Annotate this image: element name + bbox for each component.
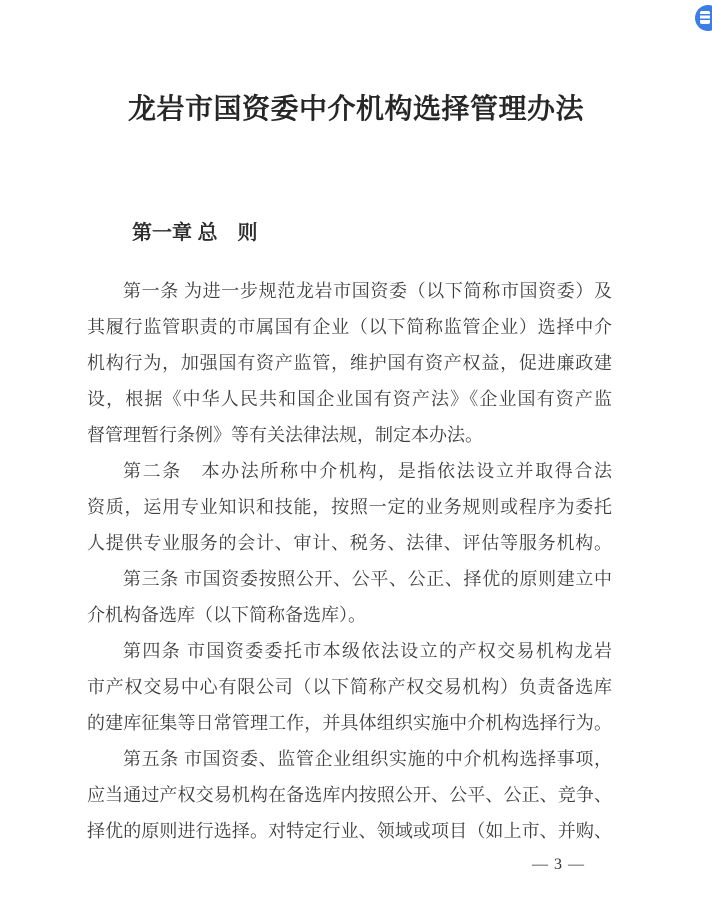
document-line: 设，根据《中华人民共和国企业国有资产法》《企业国有资产监 [87,381,612,417]
document-line: 资质，运用专业知识和技能，按照一定的业务规则或程序为委托 [87,489,612,525]
document-body: 第一条 为进一步规范龙岩市国资委（以下简称市国资委）及其履行监管职责的市属国有企… [87,273,612,849]
floating-widget-button[interactable] [695,5,712,31]
document-line: 的建库征集等日常管理工作，并具体组织实施中介机构选择行为。 [87,705,612,741]
page-title: 龙岩市国资委中介机构选择管理办法 [0,92,712,128]
page-number: — 3 — [532,856,585,874]
document-line: 第一条 为进一步规范龙岩市国资委（以下简称市国资委）及 [87,273,612,309]
document-line: 第四条 市国资委委托市本级依法设立的产权交易机构龙岩 [87,633,612,669]
document-line: 其履行监管职责的市属国有企业（以下简称监管企业）选择中介 [87,309,612,345]
document-line: 择优的原则进行选择。对特定行业、领域或项目（如上市、并购、 [87,813,612,849]
document-line: 市产权交易中心有限公司（以下简称产权交易机构）负责备选库 [87,669,612,705]
document-icon [700,11,710,24]
document-line: 第五条 市国资委、监管企业组织实施的中介机构选择事项， [87,741,612,777]
document-line: 第二条 本办法所称中介机构，是指依法设立并取得合法 [87,453,612,489]
document-line: 督管理暂行条例》等有关法律法规，制定本办法。 [87,417,612,453]
document-line: 应当通过产权交易机构在备选库内按照公开、公平、公正、竞争、 [87,777,612,813]
document-line: 人提供专业服务的会计、审计、税务、法律、评估等服务机构。 [87,525,612,561]
document-line: 第三条 市国资委按照公开、公平、公正、择优的原则建立中 [87,561,612,597]
chapter-heading: 第一章 总 则 [132,220,258,246]
document-line: 机构行为，加强国有资产监管，维护国有资产权益，促进廉政建 [87,345,612,381]
document-line: 介机构备选库（以下简称备选库）。 [87,597,612,633]
document-page: 龙岩市国资委中介机构选择管理办法 第一章 总 则 第一条 为进一步规范龙岩市国资… [0,0,712,919]
